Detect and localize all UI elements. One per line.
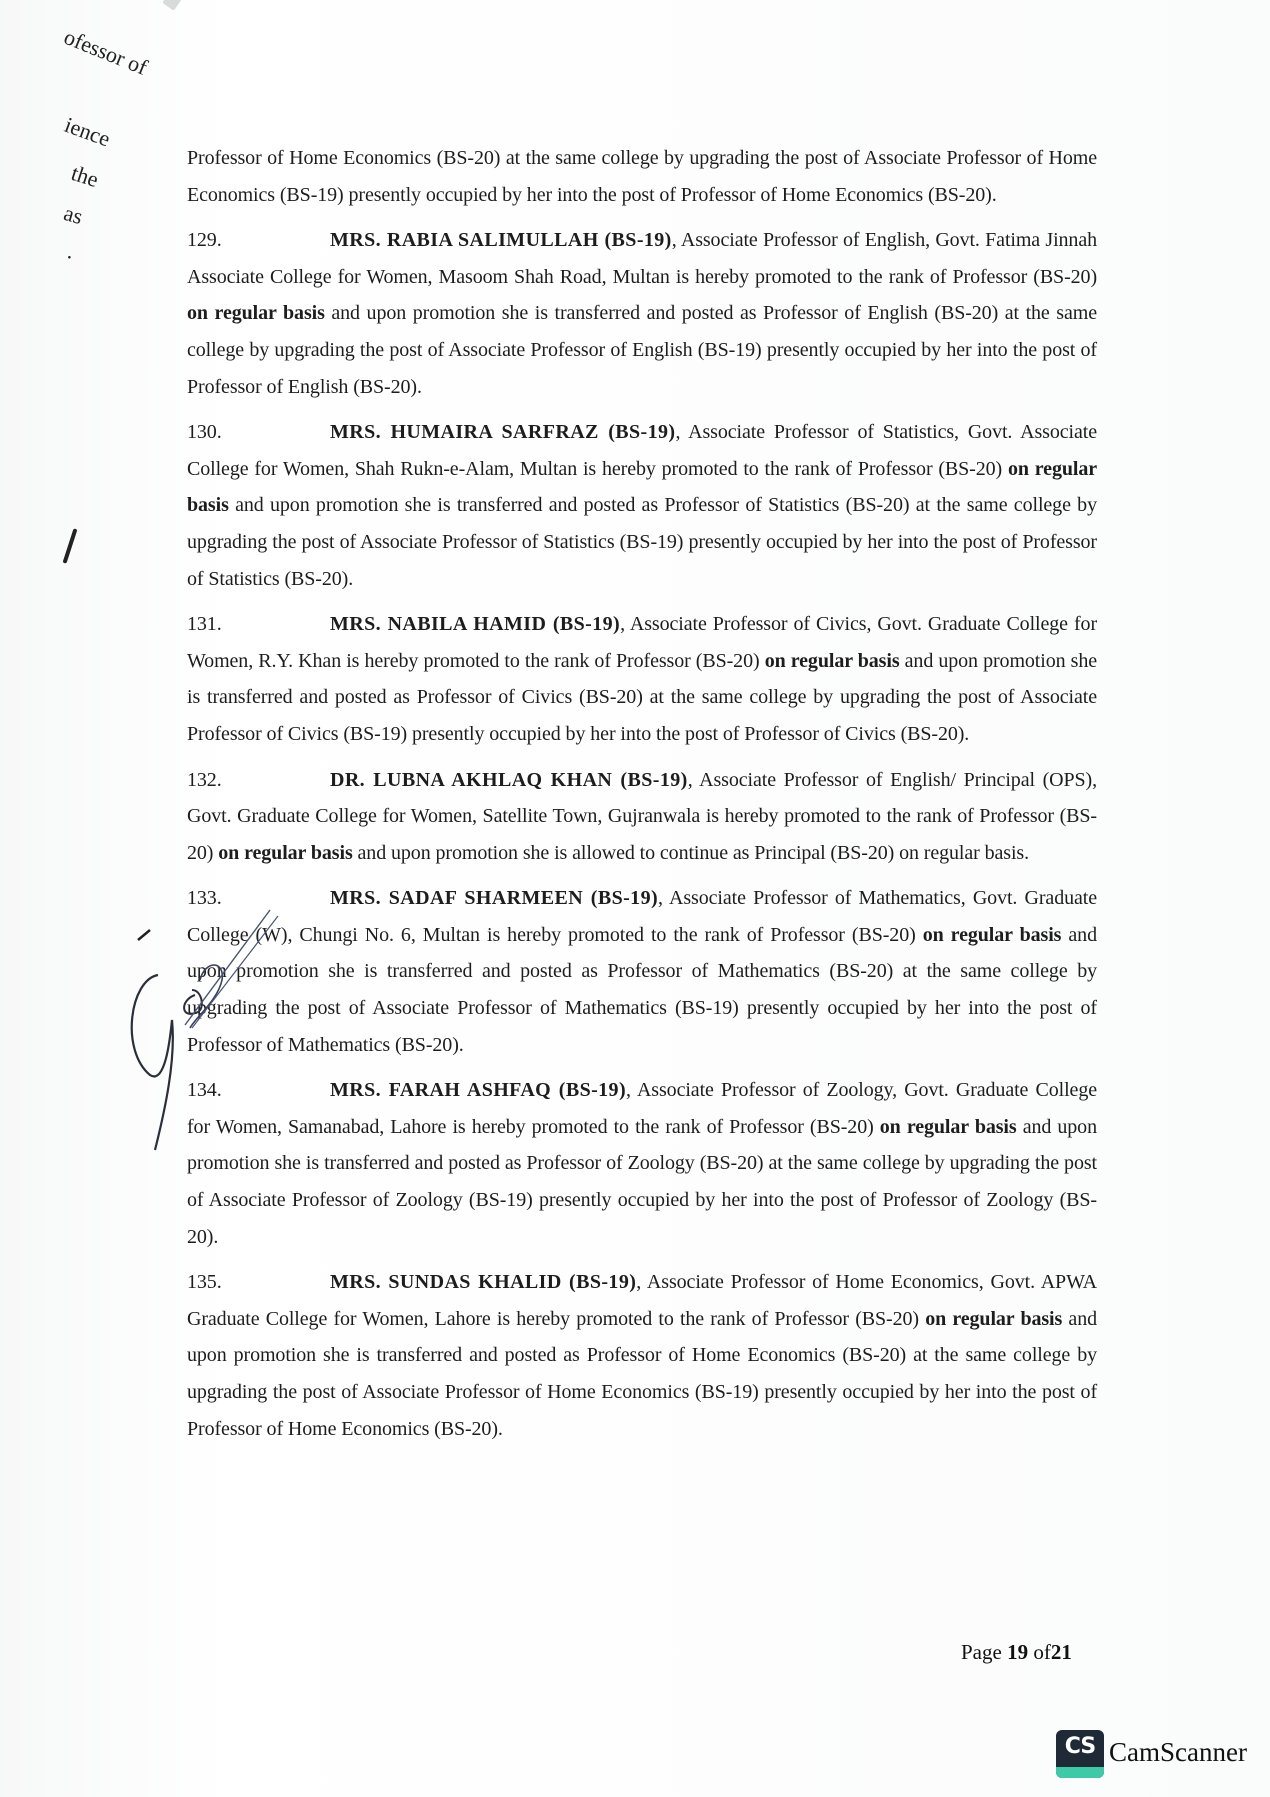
document-body: Professor of Home Economics (BS-20) at t… bbox=[187, 140, 1097, 1456]
officer-name: MRS. HUMAIRA SARFRAZ (BS-19) bbox=[330, 421, 675, 443]
page-of-label: of bbox=[1033, 1640, 1051, 1664]
promotion-entry: 135.MRS. SUNDAS KHALID (BS-19), Associat… bbox=[187, 1264, 1097, 1447]
page-label: Page bbox=[961, 1640, 1002, 1664]
entry-number: 135. bbox=[187, 1264, 330, 1301]
entry-number: 134. bbox=[187, 1072, 330, 1109]
page-number: Page 19 of21 bbox=[961, 1640, 1072, 1665]
regular-basis-text: on regular basis bbox=[923, 924, 1062, 946]
regular-basis-text: on regular basis bbox=[925, 1308, 1062, 1330]
regular-basis-text: on regular basis bbox=[880, 1116, 1017, 1138]
entry-number: 129. bbox=[187, 222, 330, 259]
promotion-entry: 132.DR. LUBNA AKHLAQ KHAN (BS-19), Assoc… bbox=[187, 762, 1097, 872]
officer-name: MRS. FARAH ASHFAQ (BS-19) bbox=[330, 1079, 626, 1101]
entry-number: 132. bbox=[187, 762, 330, 799]
entry-number: 133. bbox=[187, 880, 330, 917]
camscanner-watermark: CamScanner bbox=[1109, 1737, 1247, 1768]
promotion-entry: 131.MRS. NABILA HAMID (BS-19), Associate… bbox=[187, 606, 1097, 752]
promotion-entry: 130.MRS. HUMAIRA SARFRAZ (BS-19), Associ… bbox=[187, 414, 1097, 597]
officer-name: MRS. RABIA SALIMULLAH (BS-19) bbox=[330, 229, 672, 251]
entry-text: and upon promotion she is transferred an… bbox=[187, 494, 1097, 589]
logo-text: CS bbox=[1056, 1734, 1104, 1759]
promotion-entry: 133.MRS. SADAF SHARMEEN (BS-19), Associa… bbox=[187, 880, 1097, 1063]
officer-name: MRS. SUNDAS KHALID (BS-19) bbox=[330, 1271, 636, 1293]
regular-basis-text: on regular basis bbox=[765, 650, 900, 672]
promotion-entry: 129.MRS. RABIA SALIMULLAH (BS-19), Assoc… bbox=[187, 222, 1097, 405]
logo-strip bbox=[1056, 1767, 1104, 1778]
entry-text: and upon promotion she is allowed to con… bbox=[353, 842, 1029, 864]
promotion-entry: 134.MRS. FARAH ASHFAQ (BS-19), Associate… bbox=[187, 1072, 1097, 1255]
continuation-paragraph: Professor of Home Economics (BS-20) at t… bbox=[187, 140, 1097, 213]
entry-number: 131. bbox=[187, 606, 330, 643]
officer-name: MRS. SADAF SHARMEEN (BS-19) bbox=[330, 887, 658, 909]
officer-name: DR. LUBNA AKHLAQ KHAN (BS-19) bbox=[330, 769, 688, 791]
promotion-entries: 129.MRS. RABIA SALIMULLAH (BS-19), Assoc… bbox=[187, 222, 1097, 1447]
page-current: 19 bbox=[1007, 1640, 1028, 1664]
regular-basis-text: on regular basis bbox=[218, 842, 352, 864]
regular-basis-text: on regular basis bbox=[187, 302, 325, 324]
entry-number: 130. bbox=[187, 414, 330, 451]
page-total: 21 bbox=[1051, 1640, 1072, 1664]
camscanner-logo-icon: CS bbox=[1056, 1730, 1104, 1778]
officer-name: MRS. NABILA HAMID (BS-19) bbox=[330, 613, 620, 635]
